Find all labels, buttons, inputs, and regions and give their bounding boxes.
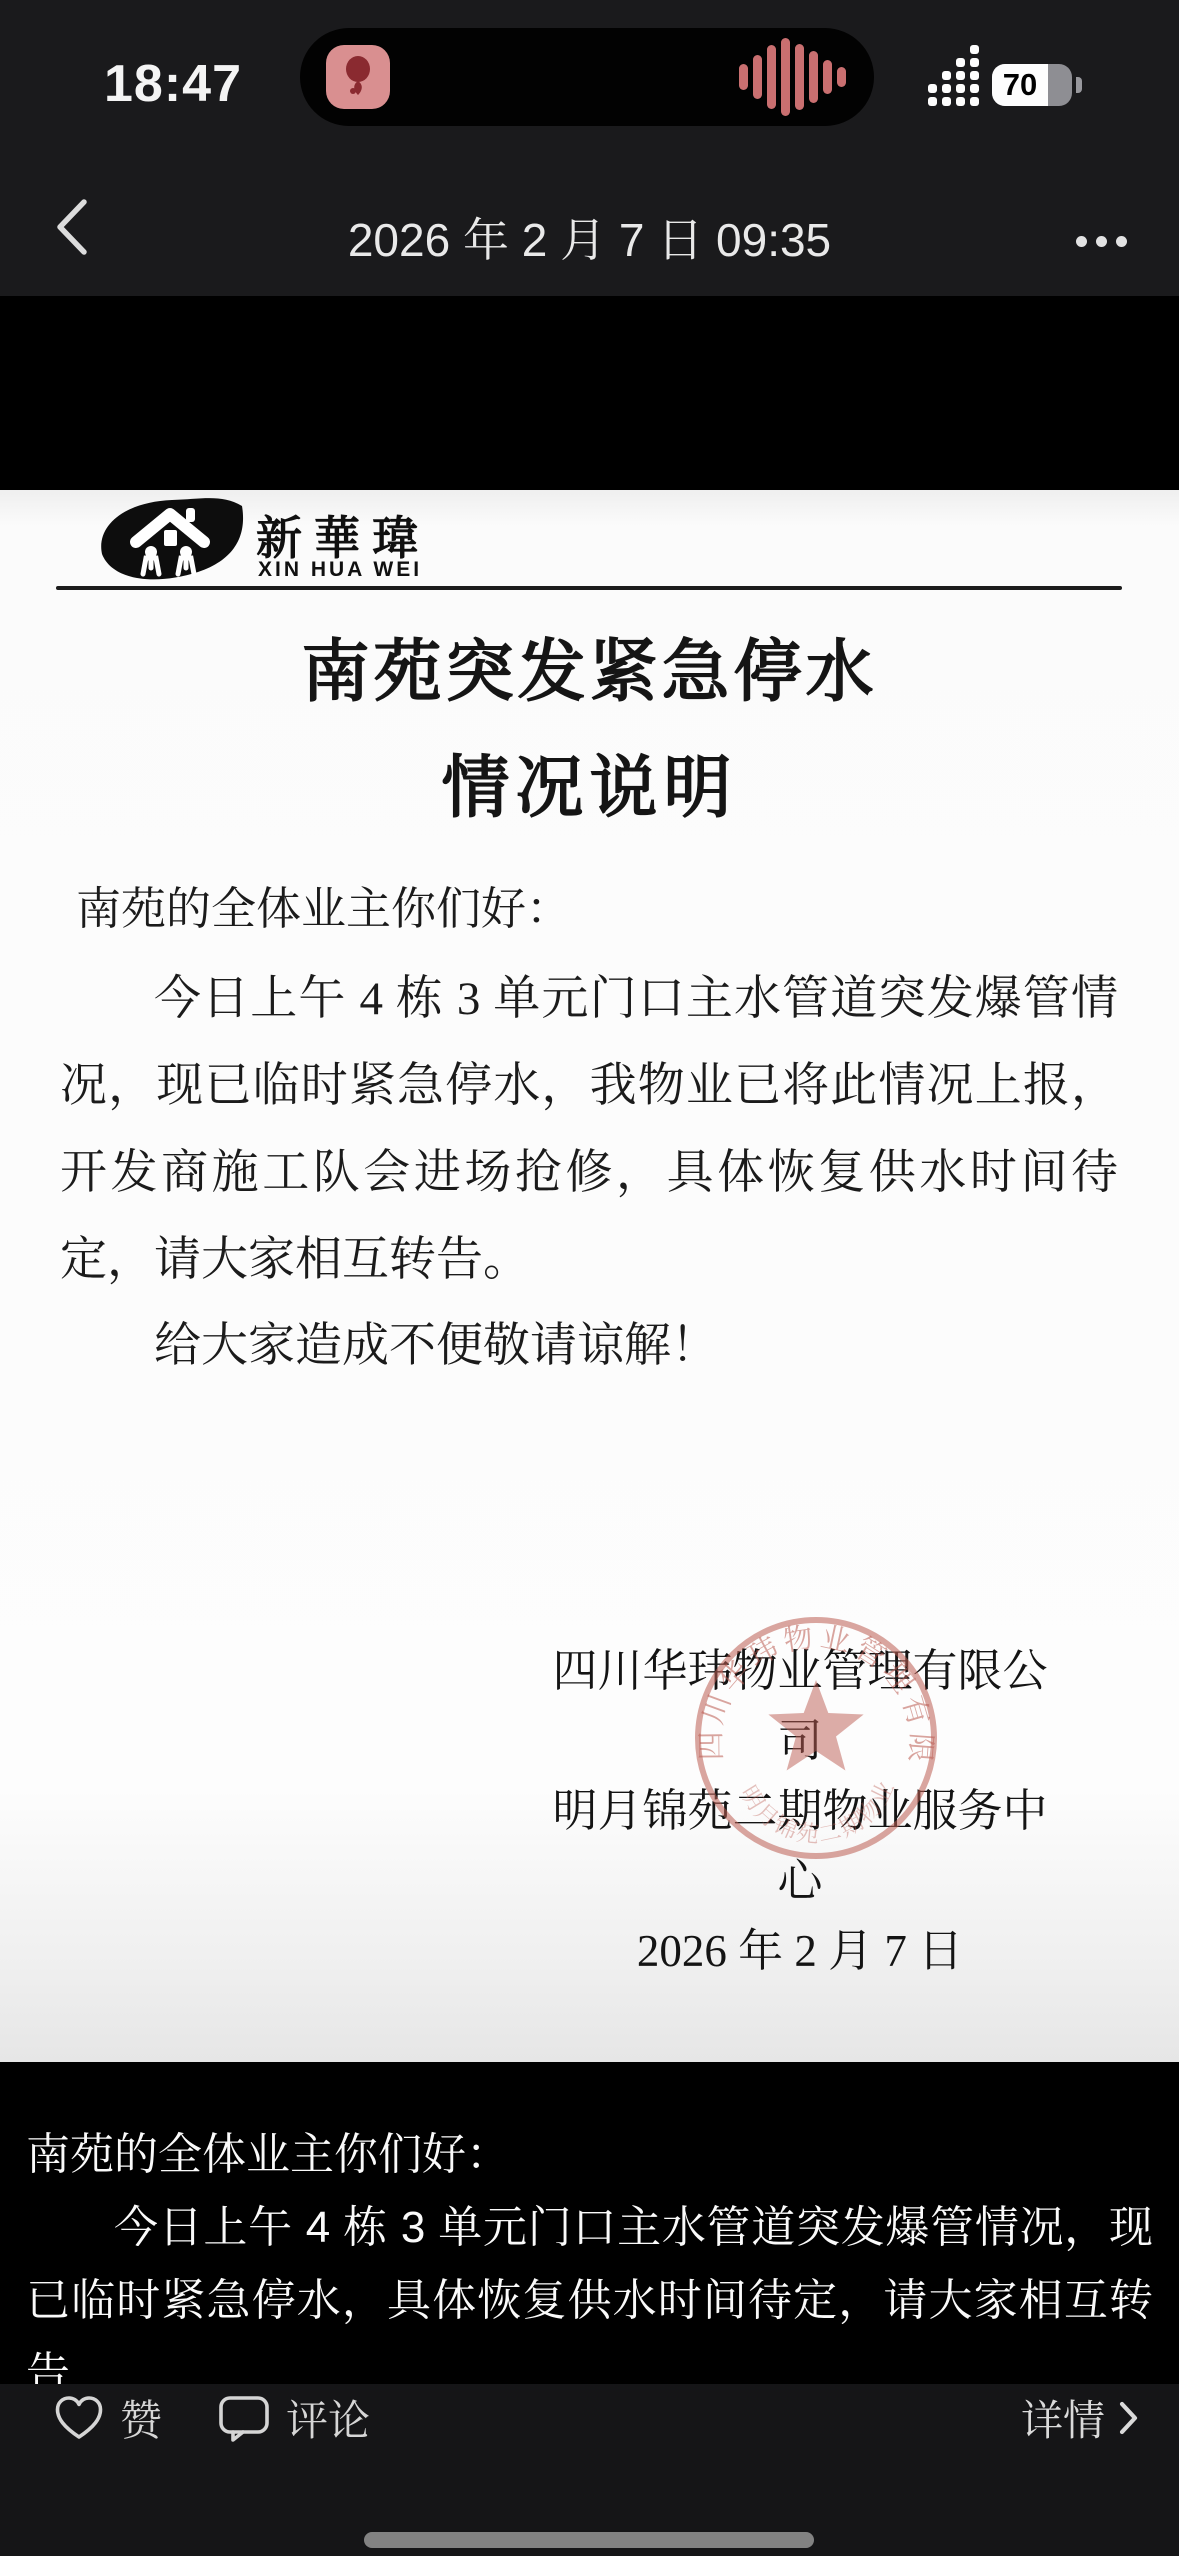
caption-body: 今日上午 4 栋 3 单元门口主水管道突发爆管情况，现已临时紧急停水，具体恢复供… [26,2191,1153,2410]
signature-date: 2026 年 2 月 7 日 [540,1916,1060,1986]
comment-button[interactable]: 评论 [218,2388,370,2448]
status-time: 18:47 [104,54,242,114]
logo-text-en: XIN HUA WEI [258,558,422,582]
cellular-signal-icon [928,46,990,106]
notice-title-line2: 情况说明 [0,734,1179,831]
comment-bubble-icon [218,2394,270,2442]
red-company-seal: 四川华玮物业管理有限公司 明月锦苑二期物业服务 [681,1608,951,1878]
battery-percent: 70 [992,64,1048,106]
notice-paragraph-2: 给大家造成不便敬请谅解！ [60,1308,1118,1375]
ellipsis-icon [1096,236,1107,247]
battery-nub [1076,77,1082,93]
recording-glyph [338,55,378,99]
chevron-right-icon [1119,2401,1139,2435]
notice-document-photo[interactable]: 新華瑋 XIN HUA WEI 南苑突发紧急停水 情况说明 南苑的全体业主你们好… [0,490,1179,2062]
phone-screen: 18:47 [0,0,1179,2556]
ellipsis-icon [1116,236,1127,247]
bottom-action-bar: 赞 评论 详情 [0,2384,1179,2556]
ellipsis-icon [1076,236,1087,247]
notice-title-line1: 南苑突发紧急停水 [0,618,1179,715]
recording-app-icon [326,45,390,109]
audio-waveform-icon [739,28,846,126]
more-options-button[interactable] [1076,236,1127,247]
nav-title: 2026 年 2 月 7 日 09:35 [0,204,1179,270]
battery-icon: 70 [992,64,1072,106]
like-label: 赞 [120,2388,162,2448]
seal-star [768,1680,863,1771]
header-rule [56,586,1122,590]
post-caption: 南苑的全体业主你们好： 今日上午 4 栋 3 单元门口主水管道突发爆管情况，现已… [0,2118,1179,2410]
like-button[interactable]: 赞 [54,2388,162,2448]
notice-greeting: 南苑的全体业主你们好： [76,872,571,937]
detail-button[interactable]: 详情 [1021,2388,1139,2448]
detail-label: 详情 [1021,2388,1105,2448]
header: 18:47 [0,0,1179,296]
dynamic-island[interactable] [300,28,874,126]
notice-paragraph-1: 今日上午 4 栋 3 单元门口主水管道突发爆管情况，现已临时紧急停水，我物业已将… [60,956,1118,1304]
comment-label: 评论 [286,2388,370,2448]
heart-icon [54,2395,104,2441]
caption-line1: 南苑的全体业主你们好： [26,2118,1153,2191]
company-logo-mark [94,496,246,584]
home-indicator[interactable] [364,2532,814,2548]
